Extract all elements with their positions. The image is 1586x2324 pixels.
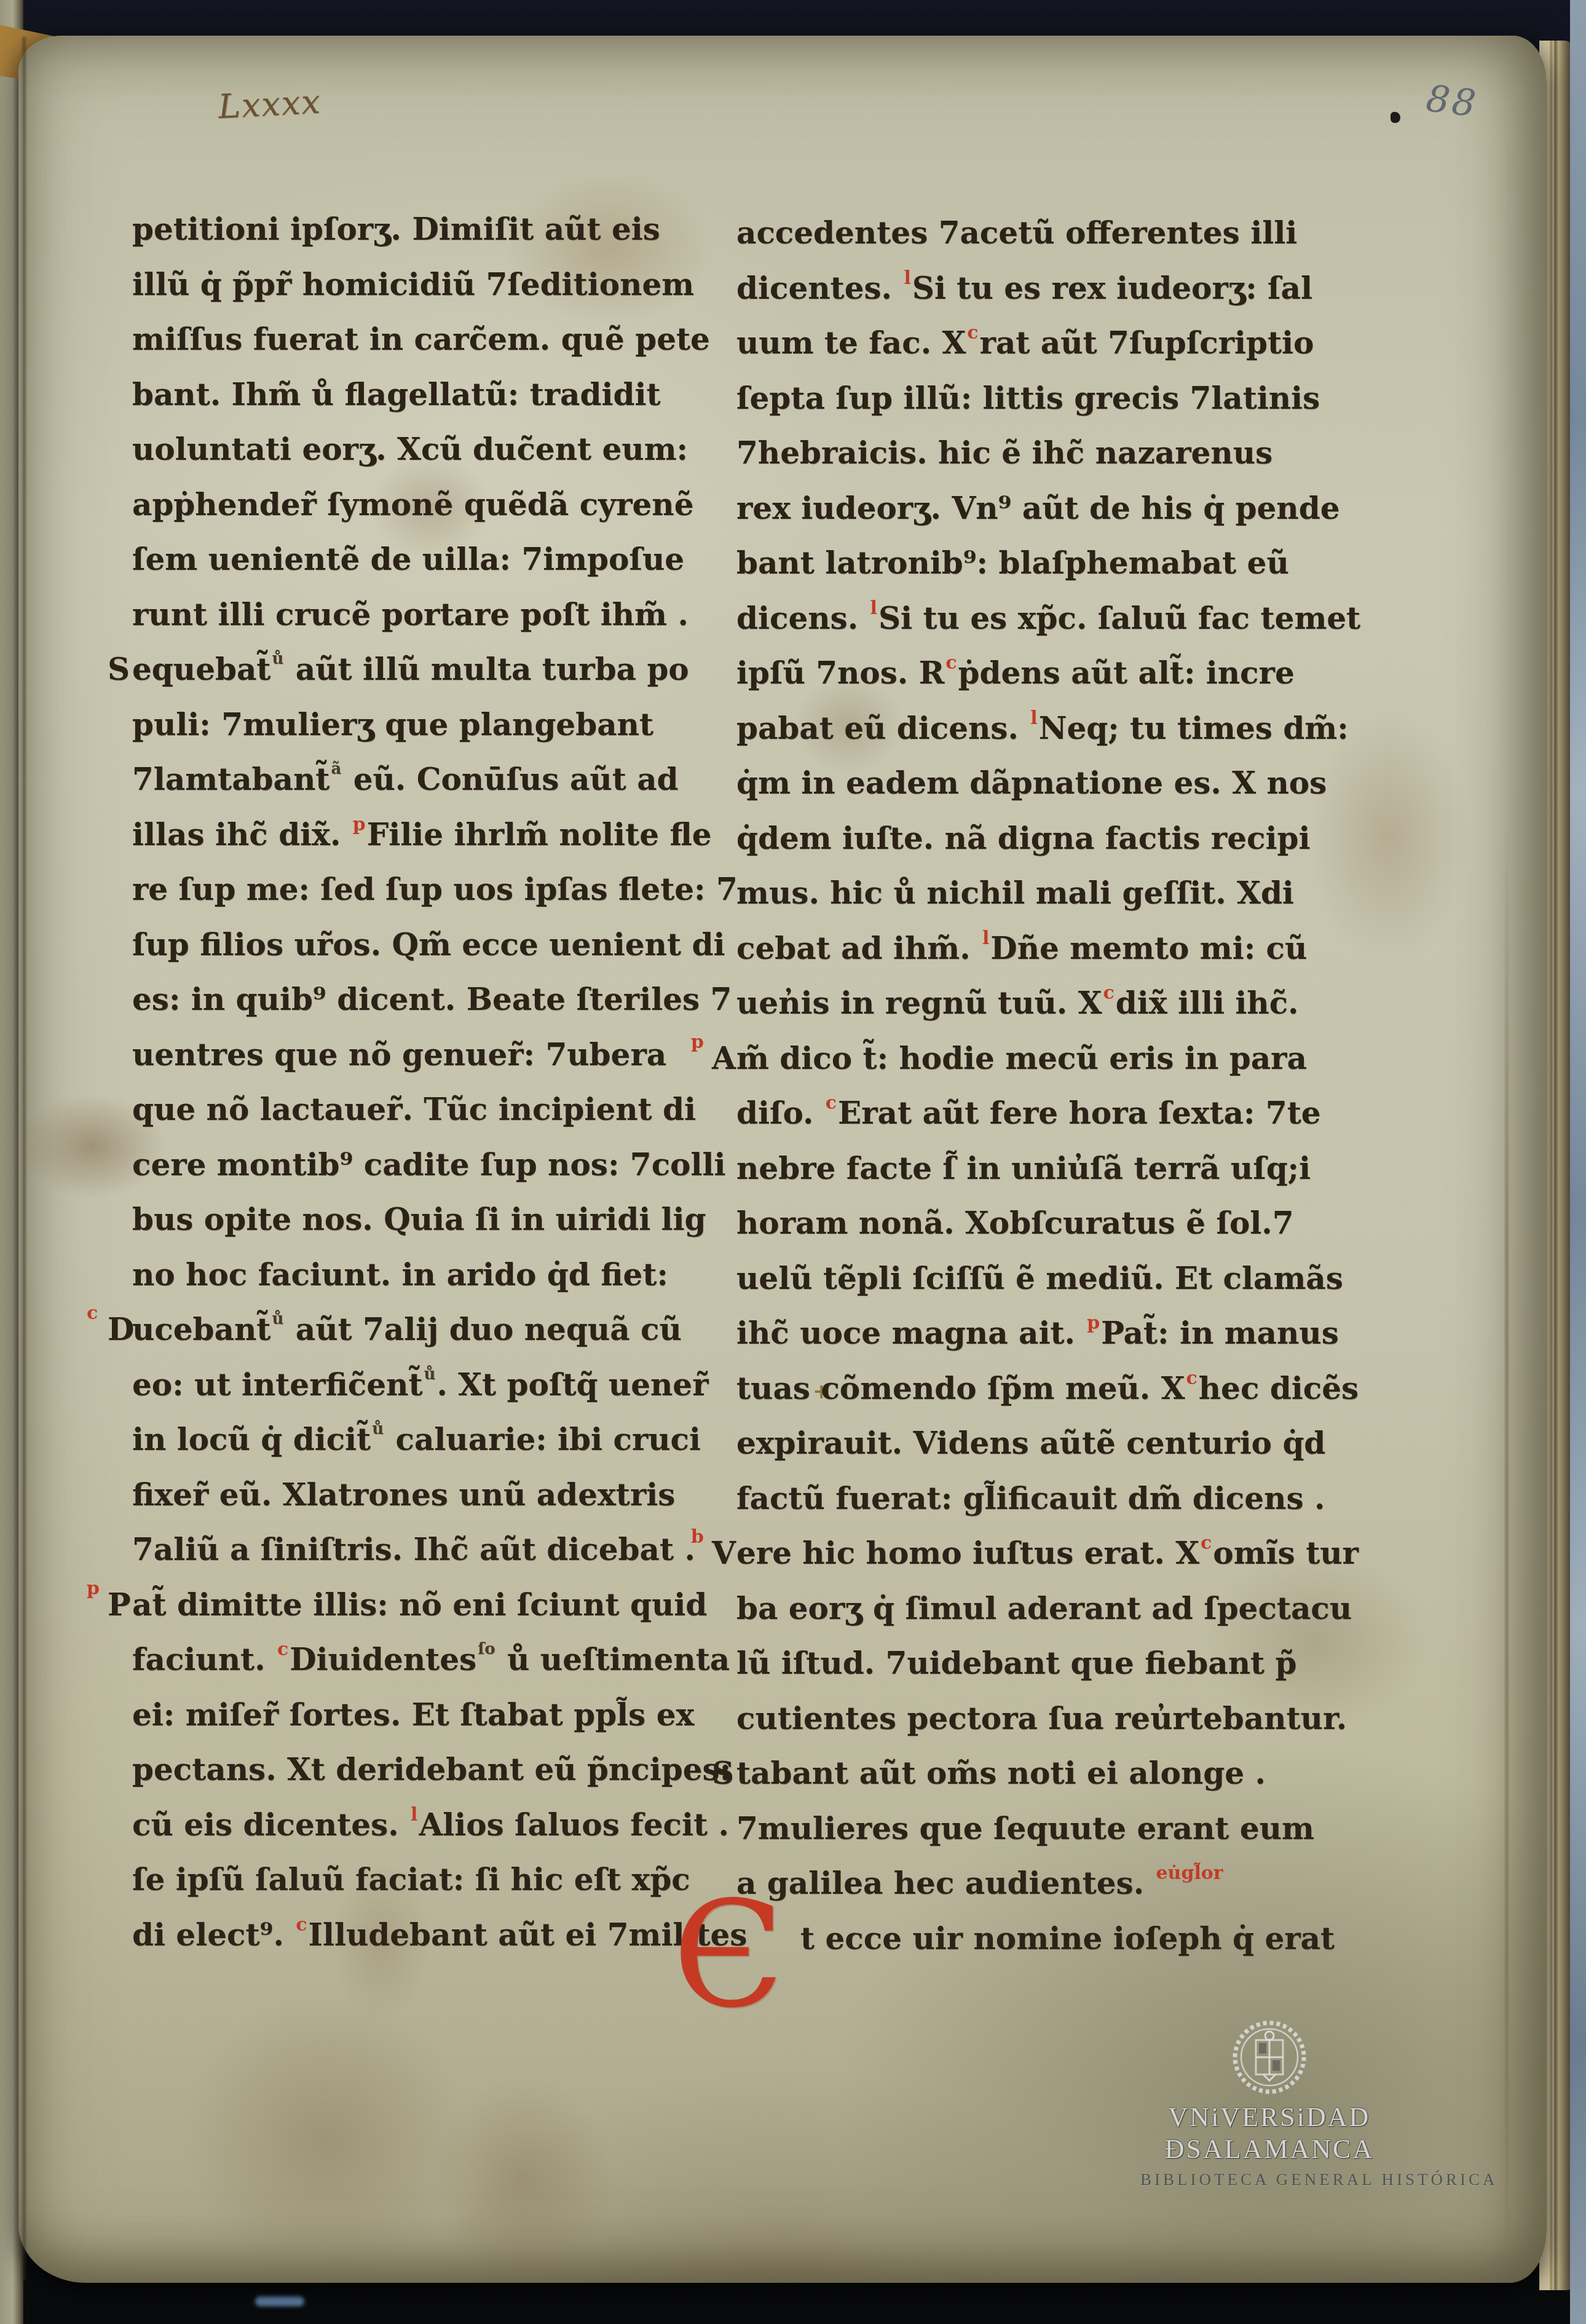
text-line: expirauit. Videns aũtẽ centurio q̇d (736, 1416, 1339, 1471)
fold-crease (1505, 830, 1509, 2268)
text-line: cutientes pectora ſua reu̓rtebantur. (736, 1691, 1339, 1746)
text-line: pectans. Xt deridebant eũ p̃ncipes: (132, 1742, 701, 1797)
text-line: uentres que nõ genuer̃: 7ubera (132, 1027, 701, 1082)
interlinear-correction: ů (372, 1420, 384, 1438)
text-line: bant. Ihm̃ ů flagellatũ: tradidit (132, 367, 701, 422)
rubric-red-letter: c (296, 1914, 307, 1936)
rubric-guide-letter: p (87, 1561, 100, 1617)
text-column-left: petitioni ipſorʒ. Dimiſit aũt eisillũ q̇… (132, 202, 701, 1962)
rubric-red-letter: l (904, 267, 910, 289)
text-line: dicens. lSi tu es xp̃c. ſaluũ fac temet (736, 591, 1339, 646)
rubric-red-letter: p (1087, 1312, 1100, 1334)
text-line: Apm̃ dico t̃: hodie mecũ eris in para (736, 1031, 1339, 1086)
text-line: 7hebraicis. hic ẽ ihc̃ nazarenus (736, 425, 1339, 481)
interlinear-correction: ſo (478, 1640, 495, 1658)
interlinear-correction: ů (424, 1365, 436, 1384)
text-line: uum te fac. Xcrat aũt 7ſupſcriptio (736, 315, 1339, 371)
text-line: 7aliũ a ſiniſtris. Ihc̃ aũt dicebat . (132, 1522, 701, 1577)
text-line: q̇m in eadem dãpnatione es. X nos (736, 755, 1339, 811)
text-line: apṗhender̃ ſymonẽ quẽdã cyrenẽ (132, 477, 701, 532)
text-line: Stabant aũt om̃s noti ei alonge . (736, 1746, 1339, 1801)
quire-mark: Lxxxx (217, 82, 322, 127)
text-line: Ppat̃ dimitte illis: nõ eni ſciunt quid (132, 1577, 701, 1633)
text-line: tuas cõmendo ſp̃m meũ. Xchec dicẽs (736, 1361, 1339, 1416)
text-line: runt illi crucẽ portare poſt ihm̃ . (132, 587, 701, 642)
paragraph-initial: V (712, 1526, 736, 1581)
interlinear-correction: ů (272, 650, 283, 668)
text-line: 7lamtabant̃ã eũ. Conūſus aũt ad (132, 752, 701, 807)
rubric-red-letter: c (1186, 1368, 1197, 1389)
rubric-red-letter: c (277, 1639, 288, 1660)
rubric-guide-letter: b (691, 1510, 704, 1565)
text-line: eo: ut interfic̃ent̃ů. Xt poſtq̃ uener̃ (132, 1357, 701, 1412)
text-line: horam nonã. Xobſcuratus ẽ ſol.7 (736, 1195, 1339, 1251)
text-line: fixer̃ eũ. Xlatrones unũ adextris (132, 1467, 701, 1522)
interlinear-correction: ů (272, 1310, 283, 1328)
cloth-glint (255, 2296, 304, 2306)
folio-page-number: 88 (1424, 77, 1480, 126)
text-line: puli: 7mulierʒ que plangebant (132, 697, 701, 752)
text-line: diſo. cErat aũt fere hora ſexta: 7te (736, 1085, 1339, 1141)
text-column-right: Є + accedentes 7acetũ offerentes illidic… (736, 205, 1339, 1966)
text-line: in locũ q̇ dicit̃ů caluarie: ibi cruci (132, 1412, 701, 1467)
text-line: Sequebat̃ů aũt illũ multa turba po (132, 642, 701, 697)
text-line: re ſup me: ſed ſup uos ipſas flete: 7 (132, 862, 701, 917)
rubric-guide-letter: p (691, 1015, 704, 1070)
paragraph-initial: D (108, 1302, 134, 1357)
text-line: nebre facte ſ̃ in uniu̓ſã terrã uſq;i (736, 1141, 1339, 1196)
text-line: ihc̃ uoce magna ait. pPat̃: in manus (736, 1306, 1339, 1361)
interlinear-correction: ã (331, 760, 341, 778)
text-line: uoluntati eorʒ. Xcũ duc̃ent eum: (132, 422, 701, 477)
text-line: ba eorʒ q̇ ſimul aderant ad ſpectacu (736, 1581, 1339, 1636)
rubric-red-letter: eu̇gl̃or (1156, 1862, 1223, 1884)
paragraph-initial: A (712, 1031, 736, 1086)
rubric-red-letter: p (353, 814, 366, 835)
text-line: factũ fuerat: gl̃ificauit dm̃ dicens . (736, 1471, 1339, 1526)
paragraph-initial: S (712, 1746, 734, 1801)
paragraph-initial: S (108, 642, 130, 697)
text-line: cũ eis dicentes. lAlios ſaluos fecit . (132, 1797, 701, 1853)
text-line: ſepta ſup illũ: littis grecis 7latinis (736, 371, 1339, 426)
text-line: lũ iſtud. 7uidebant que fiebant p̃ (736, 1636, 1339, 1691)
text-line: illũ q̇ p̃pr̃ homicidiũ 7ſeditionem (132, 257, 701, 312)
rubric-red-letter: l (1030, 707, 1037, 729)
text-line: petitioni ipſorʒ. Dimiſit aũt eis (132, 202, 701, 257)
rubric-guide-letter: c (87, 1286, 98, 1341)
rubric-red-letter: c (1201, 1532, 1212, 1554)
text-line: illas ihc̃ dix̃. pFilie ihrlm̃ nolite fl… (132, 807, 701, 862)
university-seal-icon (1231, 2019, 1308, 2095)
watermark-library-name: BIBLIOTECA GENERAL HISTÓRICA (1140, 2170, 1399, 2189)
background-cloth (1570, 0, 1586, 2324)
text-line: cere montib⁹ cadite ſup nos: 7colli (132, 1137, 701, 1192)
paragraph-initial: P (108, 1577, 131, 1633)
text-line: cebat ad ihm̃. lDñe memto mi: cũ (736, 921, 1339, 976)
rubric-red-letter: c (945, 652, 957, 674)
rubric-red-letter: l (982, 928, 989, 949)
text-line: faciunt. cDiuidentesſo ů ueſtimenta (132, 1632, 701, 1687)
text-line: di elect⁹. cIlludebant aũt ei 7milites (132, 1907, 701, 1963)
gutter-crease (21, 37, 27, 2280)
text-line: uen̓is in regnũ tuũ. Xcdix̃ illi ihc̃. (736, 975, 1339, 1031)
text-line: no hoc faciunt. in arido q̇d fiet: (132, 1247, 701, 1302)
text-line: ipſũ 7nos. Rcṗdens aũt alt̃: incre (736, 645, 1339, 701)
text-line: bant latronib⁹: blaſphemabat eũ (736, 535, 1339, 591)
text-line: q̇dem iuſte. nã digna factis recipi (736, 811, 1339, 866)
text-line: 7mulieres que ſequute erant eum (736, 1801, 1339, 1856)
text-line: rex iudeorʒ. Vn⁹ aũt de his q̇ pende (736, 481, 1339, 536)
text-line: dicentes. lSi tu es rex iudeorʒ: ſal (736, 261, 1339, 316)
text-line: accedentes 7acetũ offerentes illi (736, 205, 1339, 261)
rubric-red-letter: c (967, 322, 978, 344)
text-line: t ecce uir nomine ioſeph q̇ erat (736, 1911, 1339, 1966)
text-line: que nõ lactauer̃. Tũc incipient di (132, 1082, 701, 1137)
watermark-institution-line2: ƉSALAMANCA (1140, 2133, 1399, 2165)
text-line: Dcucebant̃ů aũt 7alij duo nequã cũ (132, 1302, 701, 1357)
text-line: mus. hic ů nichil mali geſſit. Xdi (736, 865, 1339, 921)
library-watermark: VNiVERSiDAD ƉSALAMANCA BIBLIOTECA GENERA… (1140, 2019, 1399, 2189)
rubric-red-letter: c (826, 1092, 837, 1114)
rubric-red-letter: c (1103, 982, 1114, 1004)
text-line: miſſus fuerat in carc̃em. quẽ pete (132, 312, 701, 367)
text-line: uelũ tẽpli ſciſſũ ẽ mediũ. Et clamãs (736, 1251, 1339, 1306)
text-line: pabat eũ dicens. lNeq; tu times dm̃: (736, 701, 1339, 756)
text-line: ſup filios ur̃os. Qm̃ ecce uenient di (132, 917, 701, 972)
manuscript-photo: { "folio": { "quire_mark": "Lxxxx", "pag… (0, 0, 1586, 2324)
text-line: ſem uenientẽ de uilla: 7impoſue (132, 532, 701, 587)
text-line: es: in quib⁹ dicent. Beate ſteriles 7 (132, 972, 701, 1027)
rubric-red-letter: l (870, 597, 877, 619)
text-line: Vbere hic homo iuſtus erat. Xcomĩs tur (736, 1526, 1339, 1581)
text-line: ei: miſer̃ ſortes. Et ſtabat ppl̃s ex (132, 1687, 701, 1743)
rubric-red-letter: l (411, 1804, 417, 1826)
watermark-institution-line1: VNiVERSiDAD (1140, 2101, 1399, 2133)
text-line: ſe ipſũ ſaluũ faciat: ſi hic eſt xp̃c (132, 1852, 701, 1907)
text-line: bus opite nos. Quia ſi in uiridi lig (132, 1192, 701, 1247)
text-line: a galilea hec audientes. eu̇gl̃or (736, 1856, 1339, 1911)
ink-speck (1391, 112, 1400, 123)
